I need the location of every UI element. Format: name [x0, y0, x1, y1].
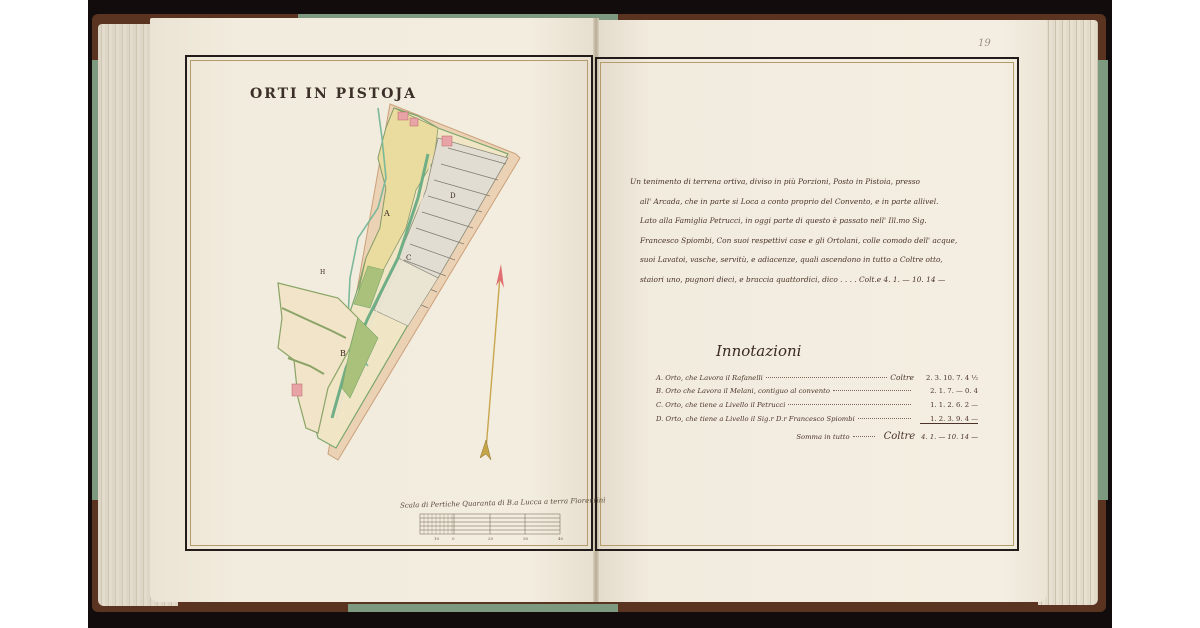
building — [292, 384, 302, 396]
svg-text:30: 30 — [523, 536, 529, 541]
building — [398, 112, 408, 120]
description-line: Francesco Spiombi, Con suoi respettivi c… — [630, 231, 990, 251]
cover-lining-bottom — [348, 604, 618, 612]
annotations-total: Somma in tutto Coltre 4. 1. — 10. 14 — — [656, 431, 978, 447]
annotations-heading: Innotazioni — [716, 342, 801, 360]
arrow-fletching — [480, 440, 491, 460]
annotation-row: B. Orto che Lavora il Melani, contiguo a… — [656, 387, 978, 401]
description-line: all' Arcada, che in parte si Loca a cont… — [630, 192, 990, 212]
annotation-row: A. Orto, che Lavora il Rafanelli Coltre … — [656, 373, 978, 387]
building — [442, 136, 452, 146]
parcel-label-b: B — [340, 349, 346, 358]
parcel-label-a: A — [383, 209, 390, 218]
svg-text:0: 0 — [452, 536, 455, 541]
svg-text:20: 20 — [488, 536, 494, 541]
description-line: Un tenimento di terrena ortiva, diviso i… — [630, 172, 990, 192]
page-number: 19 — [978, 38, 991, 49]
page-stack-right — [1038, 20, 1098, 605]
annotation-row: D. Orto, che tiene a Livello il Sig.r D.… — [656, 415, 978, 429]
annotation-row: C. Orto, che tiene a Livello il Petrucci… — [656, 401, 978, 415]
parcel-label-c: C — [406, 254, 411, 262]
estate-description: Un tenimento di terrena ortiva, diviso i… — [630, 172, 990, 289]
description-line: Lato alla Famiglia Petrucci, in oggi par… — [630, 211, 990, 231]
right-page-border — [595, 57, 1019, 551]
description-line: staiori uno, pugnori dieci, e braccia qu… — [630, 270, 990, 290]
building — [410, 118, 418, 126]
book-photo — [88, 0, 1112, 628]
svg-text:H: H — [320, 269, 325, 276]
annotations-list: A. Orto, che Lavora il Rafanelli Coltre … — [656, 373, 978, 447]
parcel-label-d: D — [450, 192, 456, 200]
svg-text:40: 40 — [558, 536, 564, 541]
north-arrow — [474, 262, 514, 468]
description-line: suoi Lavatoi, vasche, servitù, e adiacen… — [630, 250, 990, 270]
scale-bar: 10 0 20 30 40 — [390, 500, 590, 548]
svg-text:10: 10 — [434, 536, 440, 541]
